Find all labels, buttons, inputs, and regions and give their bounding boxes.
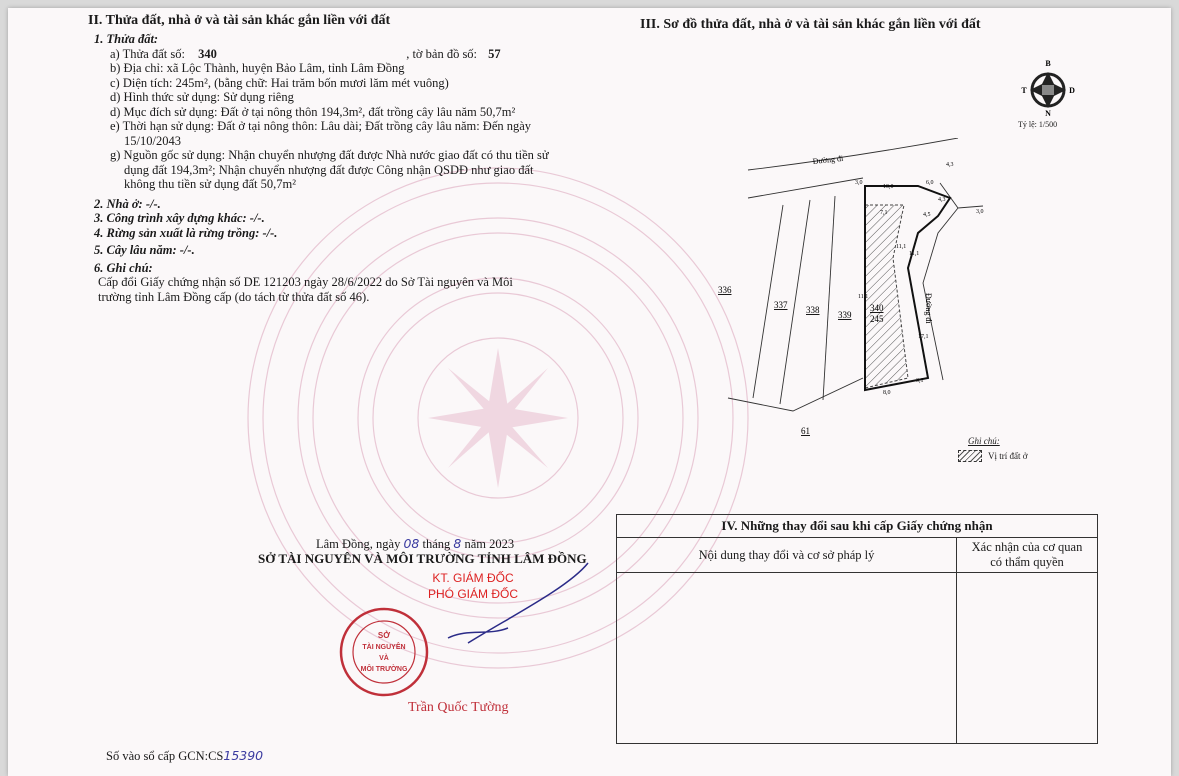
- dim-11-1-left: 11,1: [858, 294, 868, 300]
- handwritten-signature: [368, 558, 608, 658]
- address: b) Địa chỉ: xã Lộc Thành, huyện Bảo Lâm,…: [94, 61, 549, 76]
- legend: Ghi chú: Vị trí đất ở: [958, 436, 1028, 462]
- book-number-label: Số vào sổ cấp GCN:CS: [106, 749, 223, 763]
- legend-title: Ghi chú:: [968, 436, 1028, 446]
- authority-confirmation-cell[interactable]: [957, 573, 1098, 744]
- parcel-number-label: 340: [870, 303, 884, 313]
- certificate-book-number: Số vào sổ cấp GCN:CS15390: [106, 748, 263, 764]
- perennial-trees: 5. Cây lâu năm: -/-.: [94, 243, 549, 258]
- neighbor-338: 338: [806, 305, 820, 315]
- dim-10-0: 10,0: [883, 184, 894, 190]
- parcel-heading: 1. Thửa đất:: [94, 32, 549, 47]
- changes-table: IV. Những thay đổi sau khi cấp Giấy chứn…: [616, 514, 1098, 744]
- date-prefix: Lâm Đồng, ngày: [316, 537, 400, 551]
- column-change-content: Nội dung thay đổi và cơ sở pháp lý: [617, 538, 957, 573]
- dim-3-0: 3,0: [855, 180, 863, 186]
- dim-17-1: 17,1: [918, 334, 929, 340]
- issue-date: Lâm Đồng, ngày 08 tháng 8 năm 2023: [316, 536, 514, 552]
- year-label: năm 2023: [465, 537, 515, 551]
- origin-line-1: g) Nguồn gốc sử dụng: Nhận chuyển nhượng…: [94, 148, 549, 163]
- col2-line-1: Xác nhận của cơ quan: [959, 540, 1095, 555]
- dim-4-5: 4,5: [923, 212, 931, 218]
- usage-form: d) Hình thức sử dụng: Sử dụng riêng: [94, 90, 549, 105]
- change-content-cell[interactable]: [617, 573, 957, 744]
- dim-3-1: 3,1: [916, 378, 924, 384]
- house: 2. Nhà ở: -/-.: [94, 197, 549, 212]
- road-top-label: Đường đi: [812, 154, 844, 166]
- hatch-swatch-icon: [958, 450, 982, 462]
- forest: 4. Rừng sản xuất là rừng trồng: -/-.: [94, 226, 549, 241]
- map-sheet-number: 57: [480, 47, 501, 61]
- book-number-value: 15390: [223, 748, 263, 763]
- dim-8-0: 8,0: [883, 390, 891, 396]
- month-label: tháng: [423, 537, 451, 551]
- purpose: d) Mục đích sử dụng: Đất ở tại nông thôn…: [94, 105, 549, 120]
- compass-west: T: [1021, 86, 1027, 95]
- term-line-1: e) Thời hạn sử dụng: Đất ở tại nông thôn…: [94, 119, 549, 134]
- map-scale: Tỷ lệ: 1/500: [1018, 120, 1057, 129]
- dim-11-1: 11,1: [896, 244, 906, 250]
- parcel-number-row: a) Thửa đất số: 340 , tờ bản đồ số: 57: [94, 47, 549, 62]
- map-sheet-label: , tờ bản đồ số:: [406, 47, 477, 61]
- compass-north: B: [1045, 59, 1051, 68]
- dim-3-0-right: 3,0: [976, 209, 984, 215]
- parcel-area-label: 245: [870, 314, 884, 324]
- col2-line-2: có thẩm quyền: [959, 555, 1095, 570]
- section-3-title: III. Sơ đồ thửa đất, nhà ở và tài sản kh…: [640, 17, 981, 33]
- section-2-title: II. Thửa đất, nhà ở và tài sản khác gắn …: [88, 13, 390, 29]
- road-right-label: Đường đi: [924, 293, 933, 324]
- dim-4-3: 4,3: [938, 197, 946, 203]
- origin-line-2: dụng đất 194,3m²; Nhận chuyển nhượng đất…: [94, 163, 549, 178]
- dim-7-1: 7,1: [880, 210, 888, 216]
- neighbor-337: 337: [774, 300, 788, 310]
- section-4-title: IV. Những thay đổi sau khi cấp Giấy chứn…: [617, 515, 1098, 538]
- column-authority-confirmation: Xác nhận của cơ quan có thẩm quyền: [957, 538, 1098, 573]
- neighbor-61: 61: [801, 426, 810, 436]
- other-construction: 3. Công trình xây dựng khác: -/-.: [94, 211, 549, 226]
- notes-line-1: Cấp đổi Giấy chứng nhận số DE 121203 ngà…: [94, 275, 549, 290]
- legend-item-residential: Vị trí đất ở: [988, 451, 1028, 461]
- issue-month: 8: [453, 536, 461, 551]
- parcel-diagram: Đường đi Đường đi 336 337 338 339 61 340…: [698, 138, 998, 448]
- certificate-page: II. Thửa đất, nhà ở và tài sản khác gắn …: [8, 8, 1171, 776]
- compass-rose-icon: B N T D: [1018, 58, 1078, 128]
- area: c) Diện tích: 245m², (bằng chữ: Hai trăm…: [94, 76, 549, 91]
- parcel-number-label: a) Thửa đất số:: [110, 47, 185, 61]
- parcel-number: 340: [188, 47, 403, 62]
- seal-line-4: MÔI TRƯỜNG: [361, 664, 408, 673]
- issue-day: 08: [403, 536, 419, 551]
- neighbor-336: 336: [718, 285, 732, 295]
- dim-4-3-top: 4,3: [946, 162, 954, 168]
- origin-line-3: không thu tiền sử dụng đất 50,7m²: [94, 177, 549, 192]
- signer-name: Trần Quốc Tường: [408, 700, 509, 716]
- term-line-2: 15/10/2043: [94, 134, 549, 149]
- compass-east: D: [1069, 86, 1075, 95]
- dim-6-0: 6,0: [926, 180, 934, 186]
- notes-line-2: trường tỉnh Lâm Đồng cấp (do tách từ thử…: [94, 290, 549, 305]
- neighbor-339: 339: [838, 310, 852, 320]
- notes-heading: 6. Ghi chú:: [94, 261, 549, 276]
- compass-south: N: [1045, 109, 1051, 118]
- dim-11-1-right: 11,1: [909, 251, 919, 257]
